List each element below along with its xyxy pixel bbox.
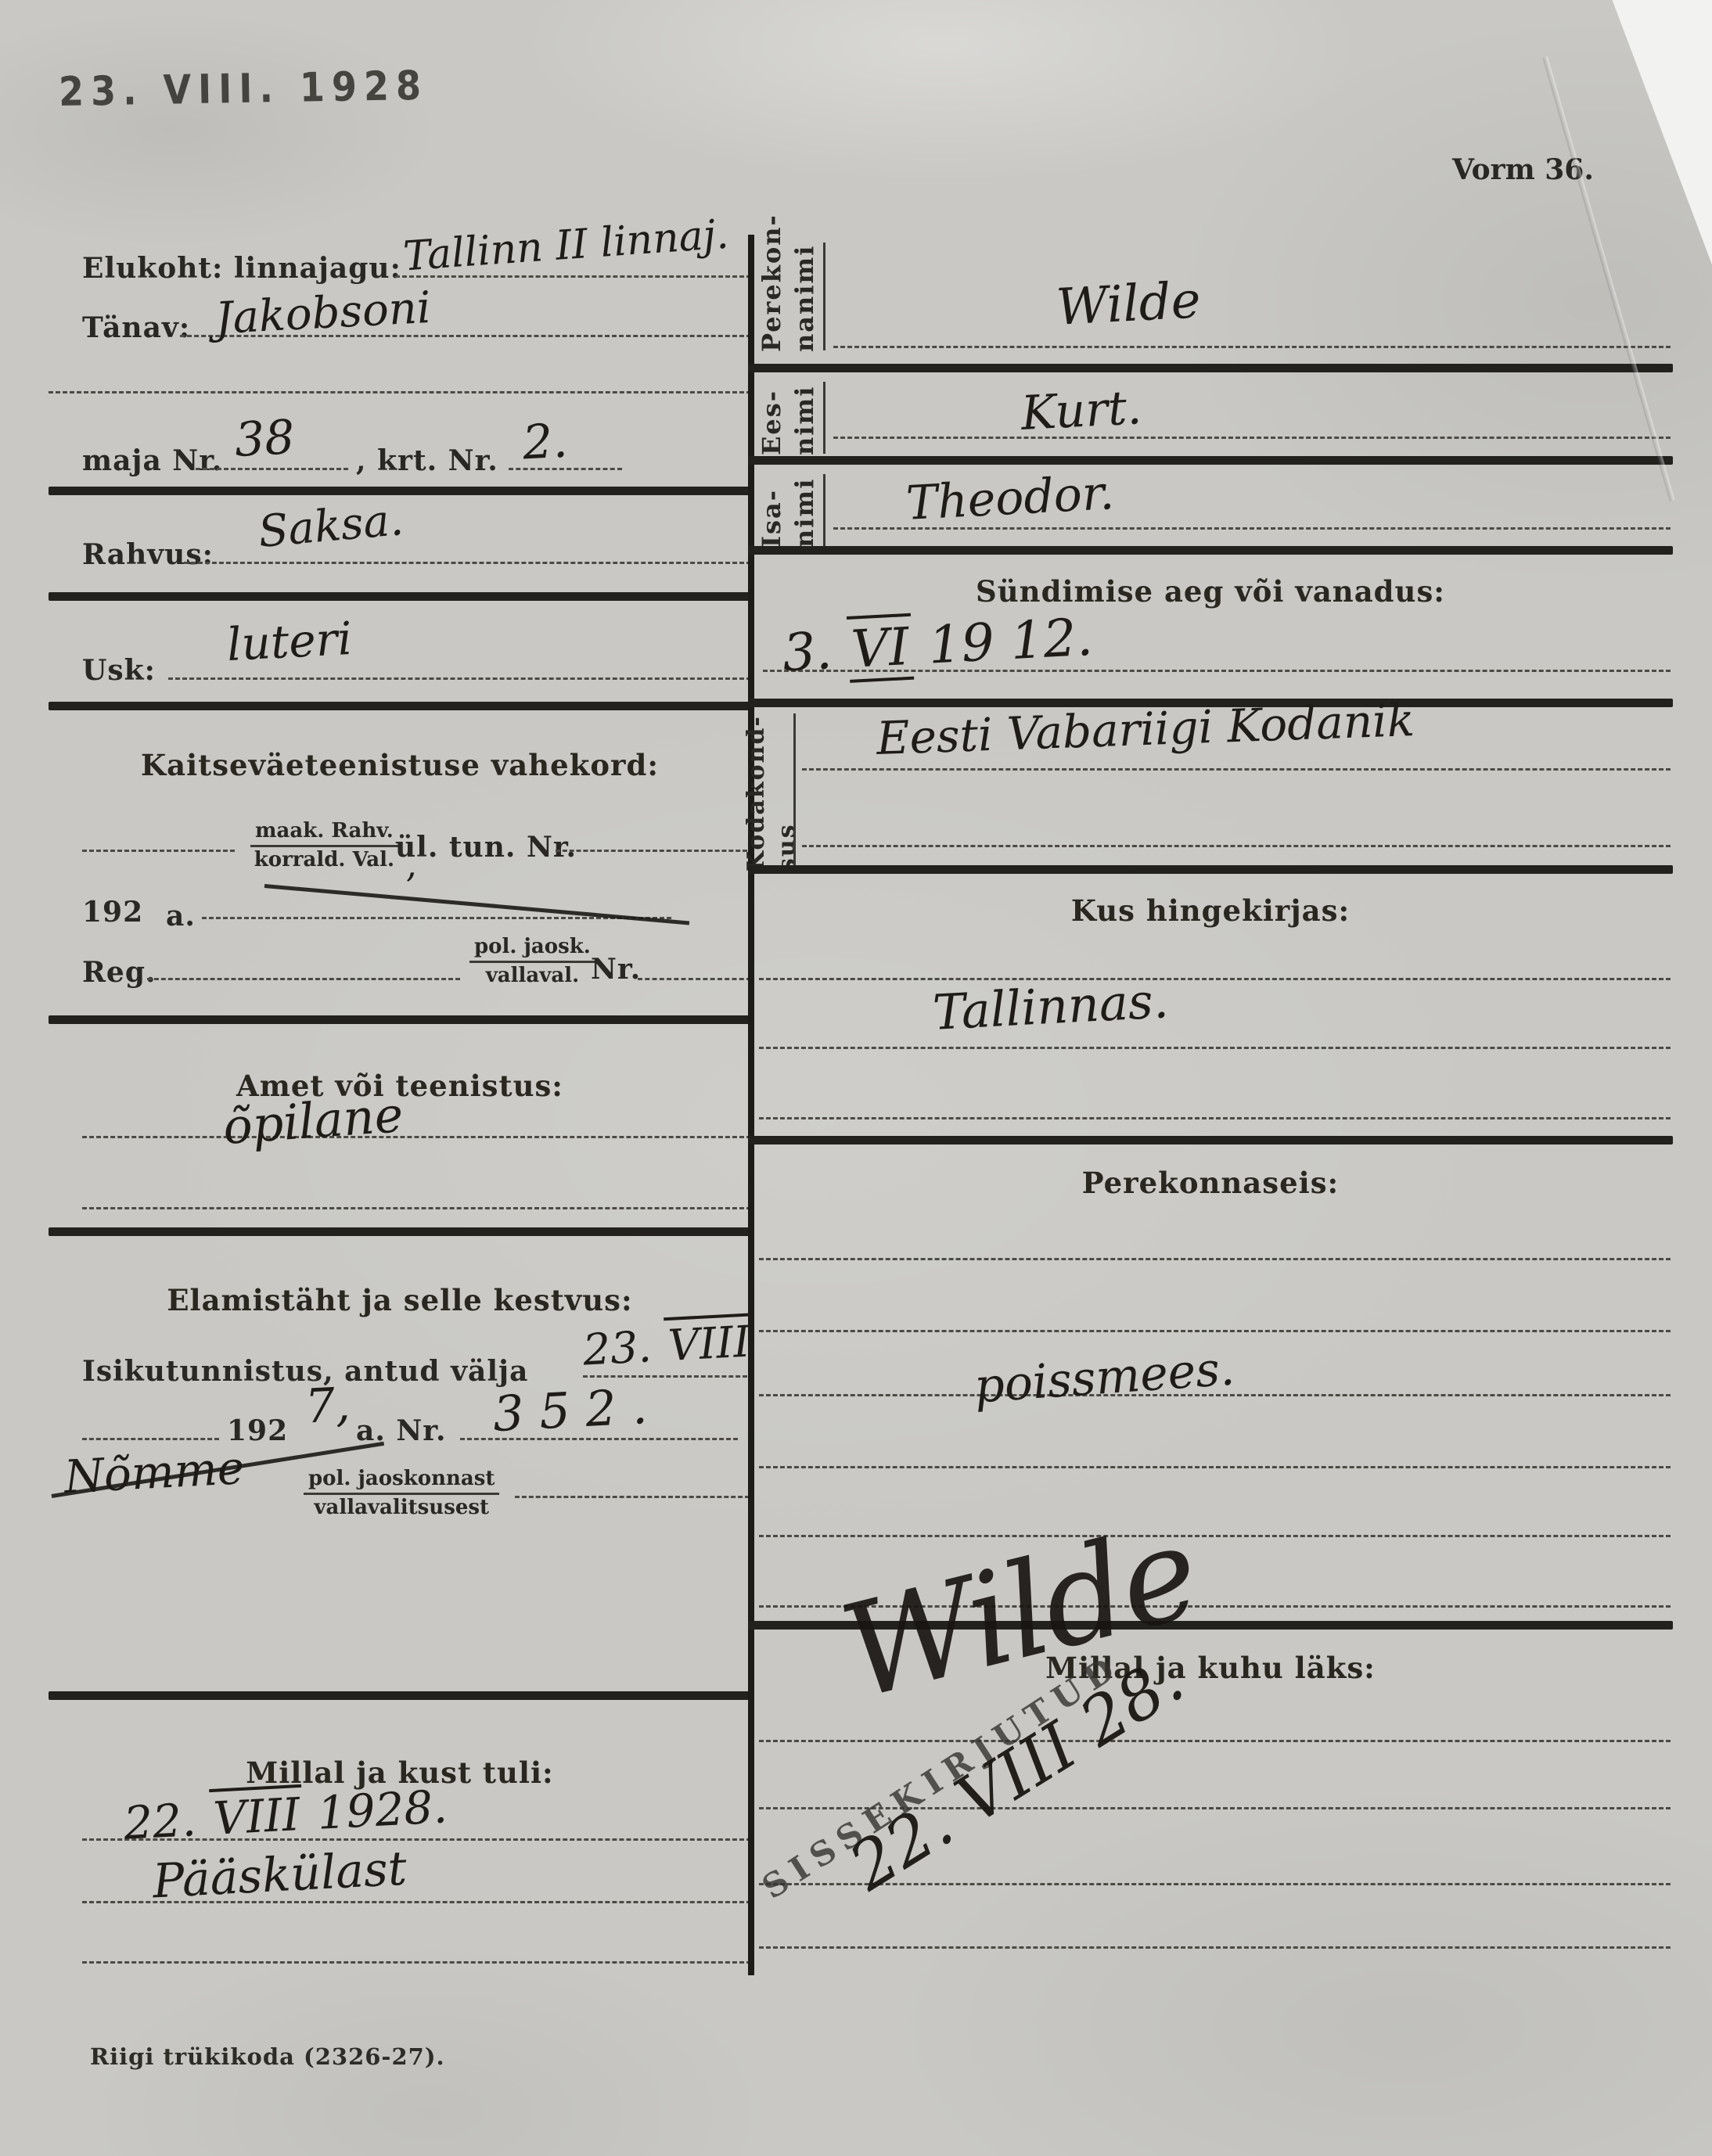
divider <box>49 1015 751 1024</box>
section-header-kaitsevagi: Kaitseväeteenistuse vahekord: <box>49 748 751 782</box>
handwritten-amet: õpilane <box>221 1086 405 1155</box>
rule-line <box>759 1258 1671 1260</box>
handwritten-maja-nr: 38 <box>233 410 296 468</box>
paper-crease <box>1542 56 1674 501</box>
handwritten-father-name: Theodor. <box>905 465 1115 531</box>
section-header-elamistaht: Elamistäht ja selle kestvus: <box>49 1283 751 1317</box>
section-header-sundimine: Sündimise aeg või vanadus: <box>748 574 1673 609</box>
handwritten-krt-nr: 2. <box>521 414 569 471</box>
field-label-a-nr: a. Nr. <box>356 1414 447 1447</box>
rule-line <box>147 978 460 980</box>
handwritten-marital-status: poissmees. <box>973 1341 1236 1414</box>
fraction-label-maak-rahv: maak. Rahv. korrald. Val. <box>250 820 398 872</box>
label-divider <box>793 713 796 871</box>
field-label-a: a. <box>166 900 196 932</box>
handwritten-year-digit: 7, <box>304 1378 351 1435</box>
rule-line <box>638 978 751 980</box>
divider <box>748 865 1673 874</box>
rule-line <box>759 1466 1671 1468</box>
handwritten-isik-nr: 3 5 2 . <box>491 1378 649 1443</box>
rule-line <box>759 1117 1671 1119</box>
column-divider <box>748 235 754 1975</box>
rule-line <box>759 1946 1671 1949</box>
handwritten-hingekirjas: Tallinnas. <box>931 972 1170 1041</box>
divider <box>748 546 1673 555</box>
label-divider <box>823 474 825 546</box>
rule-line <box>759 1047 1671 1049</box>
fraction-label-pol-jaosk: pol. jaosk. vallaval. <box>469 936 595 988</box>
rule-line <box>82 1136 751 1138</box>
field-label-maja-nr: maja Nr. <box>82 444 222 477</box>
rule-line <box>556 850 747 852</box>
rule-line <box>759 1535 1671 1537</box>
handwritten-arrival-place: Pääskülast <box>151 1842 408 1910</box>
rule-line <box>168 677 751 680</box>
fraction-label-jaoskonnast: pol. jaoskonnast vallavalitsusest <box>304 1468 499 1520</box>
label-divider <box>823 382 825 454</box>
handwritten-first-name: Kurt. <box>1020 380 1142 441</box>
field-label-ul-tun-nr: ül. tun. Nr. <box>395 831 577 864</box>
rule-line <box>759 1330 1671 1332</box>
field-label-rahvus: Rahvus: <box>82 538 214 571</box>
field-label-perekonnanimi: Perekon- nanimi <box>754 244 822 352</box>
date-stamp: 23. VIII. 1928 <box>59 62 429 116</box>
field-label-year-192: 192 <box>82 896 143 929</box>
handwritten-apostrophe: ’ <box>405 865 418 908</box>
handwritten-origin: Nõmme <box>63 1441 245 1504</box>
rule-line <box>196 468 348 470</box>
divider <box>49 592 751 601</box>
handwritten-isik-date: 23. VIII <box>581 1316 754 1374</box>
handwritten-rahvus: Saksa. <box>257 494 406 558</box>
torn-corner <box>1595 0 1712 282</box>
rule-line <box>583 1375 747 1378</box>
field-label-elukoht: Elukoht: linnajagu: <box>82 252 401 285</box>
label-divider <box>823 243 825 350</box>
rule-line <box>833 346 1671 348</box>
rule-line <box>82 850 235 852</box>
rule-line <box>759 1740 1671 1742</box>
field-label-krt-nr: , krt. Nr. <box>356 444 498 477</box>
field-label-usk: Usk: <box>82 654 156 687</box>
field-label-reg: Reg. <box>82 956 156 989</box>
handwritten-usk: luteri <box>225 612 353 671</box>
printer-imprint: Riigi trükikoda (2326-27). <box>90 2043 445 2070</box>
divider <box>49 1691 751 1700</box>
scanned-form-page: 23. VIII. 1928 Vorm 36. Elukoht: linnaja… <box>0 0 1712 2156</box>
rule-line <box>802 768 1671 771</box>
section-header-hingekirjas: Kus hingekirjas: <box>748 893 1673 928</box>
handwritten-surname: Wilde <box>1055 271 1202 337</box>
handwritten-elukoht: Tallinn II linnaj. <box>401 211 730 281</box>
rule-line <box>184 562 751 564</box>
rule-line <box>82 1207 751 1209</box>
divider <box>49 702 751 710</box>
rule-line <box>515 1496 750 1498</box>
field-label-nr: Nr. <box>591 953 641 986</box>
rule-line <box>759 978 1671 980</box>
rule-line <box>802 845 1671 847</box>
rule-line <box>833 437 1671 439</box>
field-label-eesnimi: Ees- nimi <box>754 383 822 455</box>
rule-line <box>49 391 751 393</box>
divider <box>748 364 1673 372</box>
section-header-perekonnaseis: Perekonnaseis: <box>748 1166 1673 1200</box>
divider <box>748 456 1673 465</box>
rule-line <box>82 1961 751 1964</box>
rule-line <box>82 1438 219 1440</box>
divider <box>748 1136 1673 1144</box>
divider <box>49 1227 751 1236</box>
field-label-kodakondsus: Kodakond- sus <box>750 713 793 871</box>
field-label-isanimi: Isa- nimi <box>754 476 822 548</box>
field-label-tanav: Tänav: <box>82 311 190 344</box>
